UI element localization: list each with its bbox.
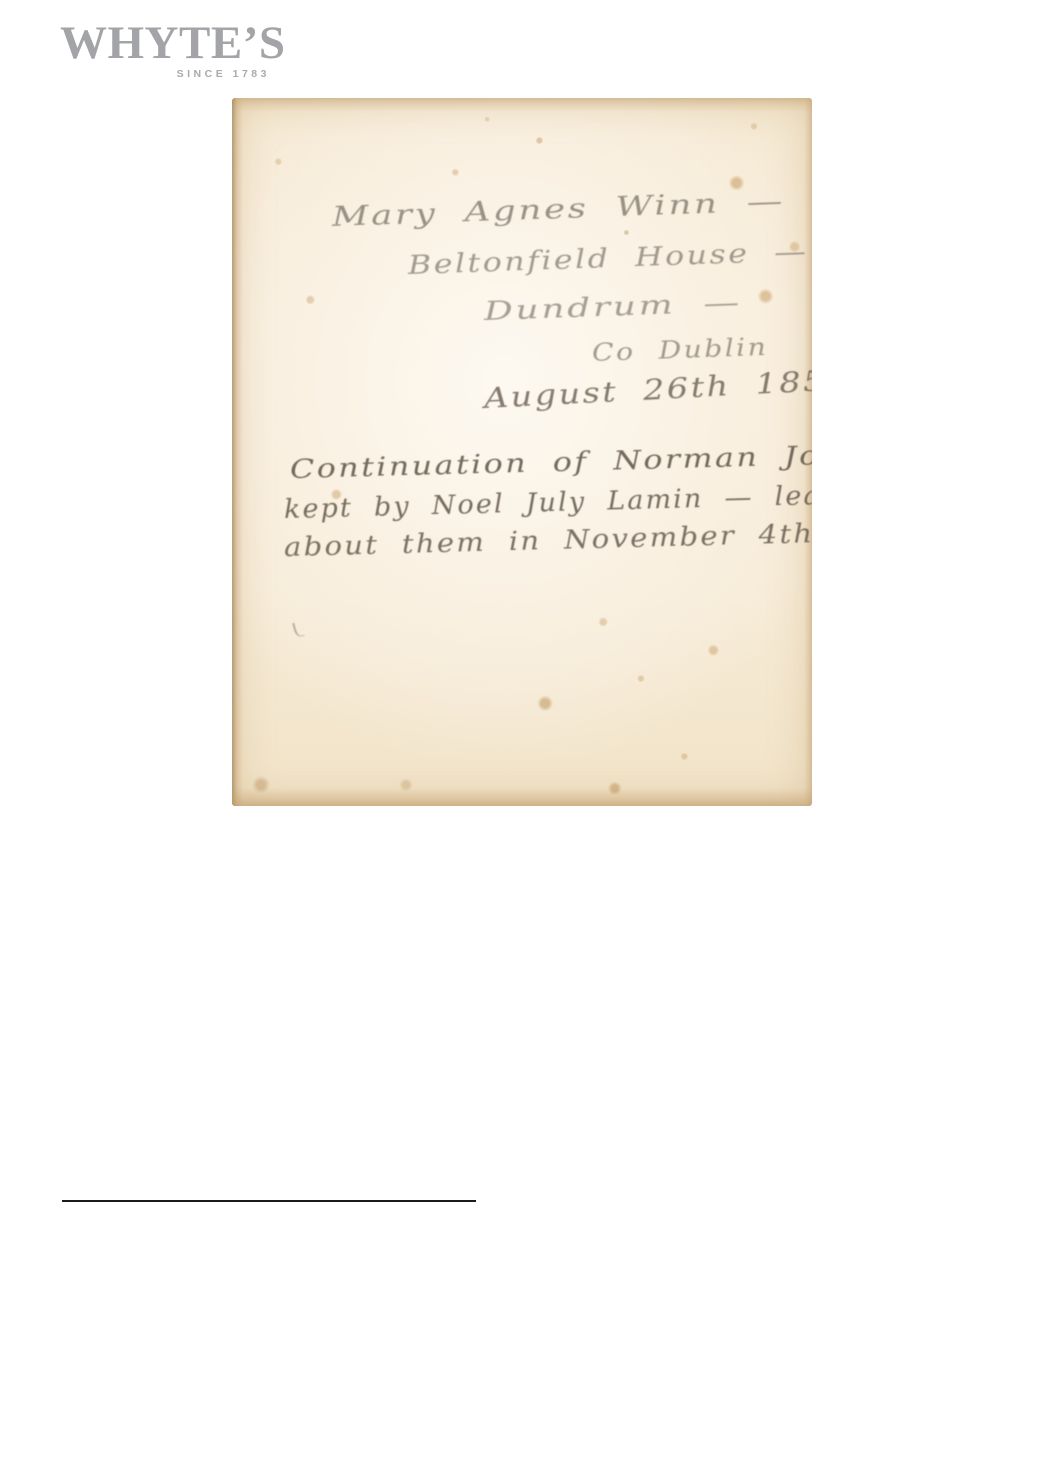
footnote-rule [62, 1200, 476, 1202]
logo-wordmark: WHYTE’S [60, 20, 272, 67]
catalogue-page: WHYTE’S SINCE 1783 Mary Agnes Winn — Bel… [0, 0, 1040, 1471]
logo-tagline: SINCE 1783 [60, 68, 272, 80]
whytes-logo: WHYTE’S SINCE 1783 [60, 20, 272, 80]
manuscript-scan: Mary Agnes Winn — Beltonfield House — Du… [232, 98, 812, 806]
